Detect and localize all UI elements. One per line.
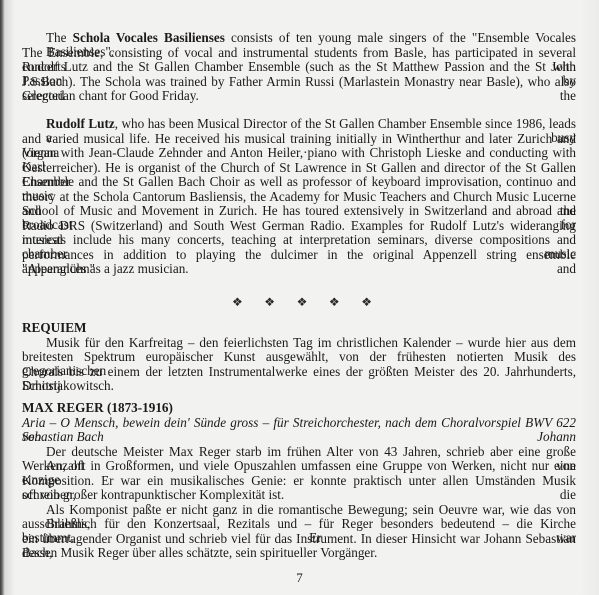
four-diamond-ornament-icon: ❖ xyxy=(232,296,243,308)
paragraph-line: interests include his many concerts, tea… xyxy=(22,233,576,248)
page-edge xyxy=(579,0,599,595)
person-name: Rudolf Lutz xyxy=(46,116,115,131)
four-diamond-ornament-icon: ❖ xyxy=(329,296,340,308)
paragraph-line: appearances as a jazz musician. xyxy=(22,262,576,277)
four-diamond-ornament-icon: ❖ xyxy=(297,296,308,308)
page-number: 7 xyxy=(0,571,599,585)
paragraph-line: breitesten Spektrum europäischer Kunst a… xyxy=(22,350,576,365)
work-title-line: Aria – O Mensch, bewein dein' Sünde gros… xyxy=(22,416,576,431)
paragraph-line: Ensemble and the St Gallen Bach Choir as… xyxy=(22,175,576,190)
paragraph-line: Gregorian chant for Good Friday. xyxy=(22,89,576,104)
binding-shadow xyxy=(5,0,15,595)
section-heading: REQUIEM xyxy=(22,321,576,336)
paragraph-line: dessen Musik Reger über alles schätzte, … xyxy=(22,546,576,561)
paragraph-line: ausschließlich für den Konzertsaal, Rezi… xyxy=(22,517,576,532)
paragraph-line: Werken, oft in Großformen, und viele Opu… xyxy=(22,459,576,474)
ornament-divider: ❖ ❖ ❖ ❖ ❖ xyxy=(232,295,372,309)
four-diamond-ornament-icon: ❖ xyxy=(361,296,372,308)
paragraph-line: Schostakowitsch. xyxy=(22,379,576,394)
paragraph-line: Rudolf Lutz, who has been Musical Direct… xyxy=(46,117,576,132)
section-heading: MAX REGER (1873-1916) xyxy=(22,401,576,416)
ensemble-name: Schola Vocales Basilienses xyxy=(73,30,225,45)
paragraph-line: School of Music and Movement in Zurich. … xyxy=(22,204,576,219)
paragraph-line: oft von großer kontrapunktischer Komplex… xyxy=(22,488,576,503)
paragraph-line: (organ with Jean-Claude Zehnder and Anto… xyxy=(22,146,576,161)
work-title-line: Sebastian Bach xyxy=(22,430,576,445)
paragraph-line: Rudolf Lutz and the St Gallen Chamber En… xyxy=(22,60,576,75)
four-diamond-ornament-icon: ❖ xyxy=(264,296,275,308)
paragraph-line: The Schola Vocales Basilienses consists … xyxy=(46,31,576,46)
